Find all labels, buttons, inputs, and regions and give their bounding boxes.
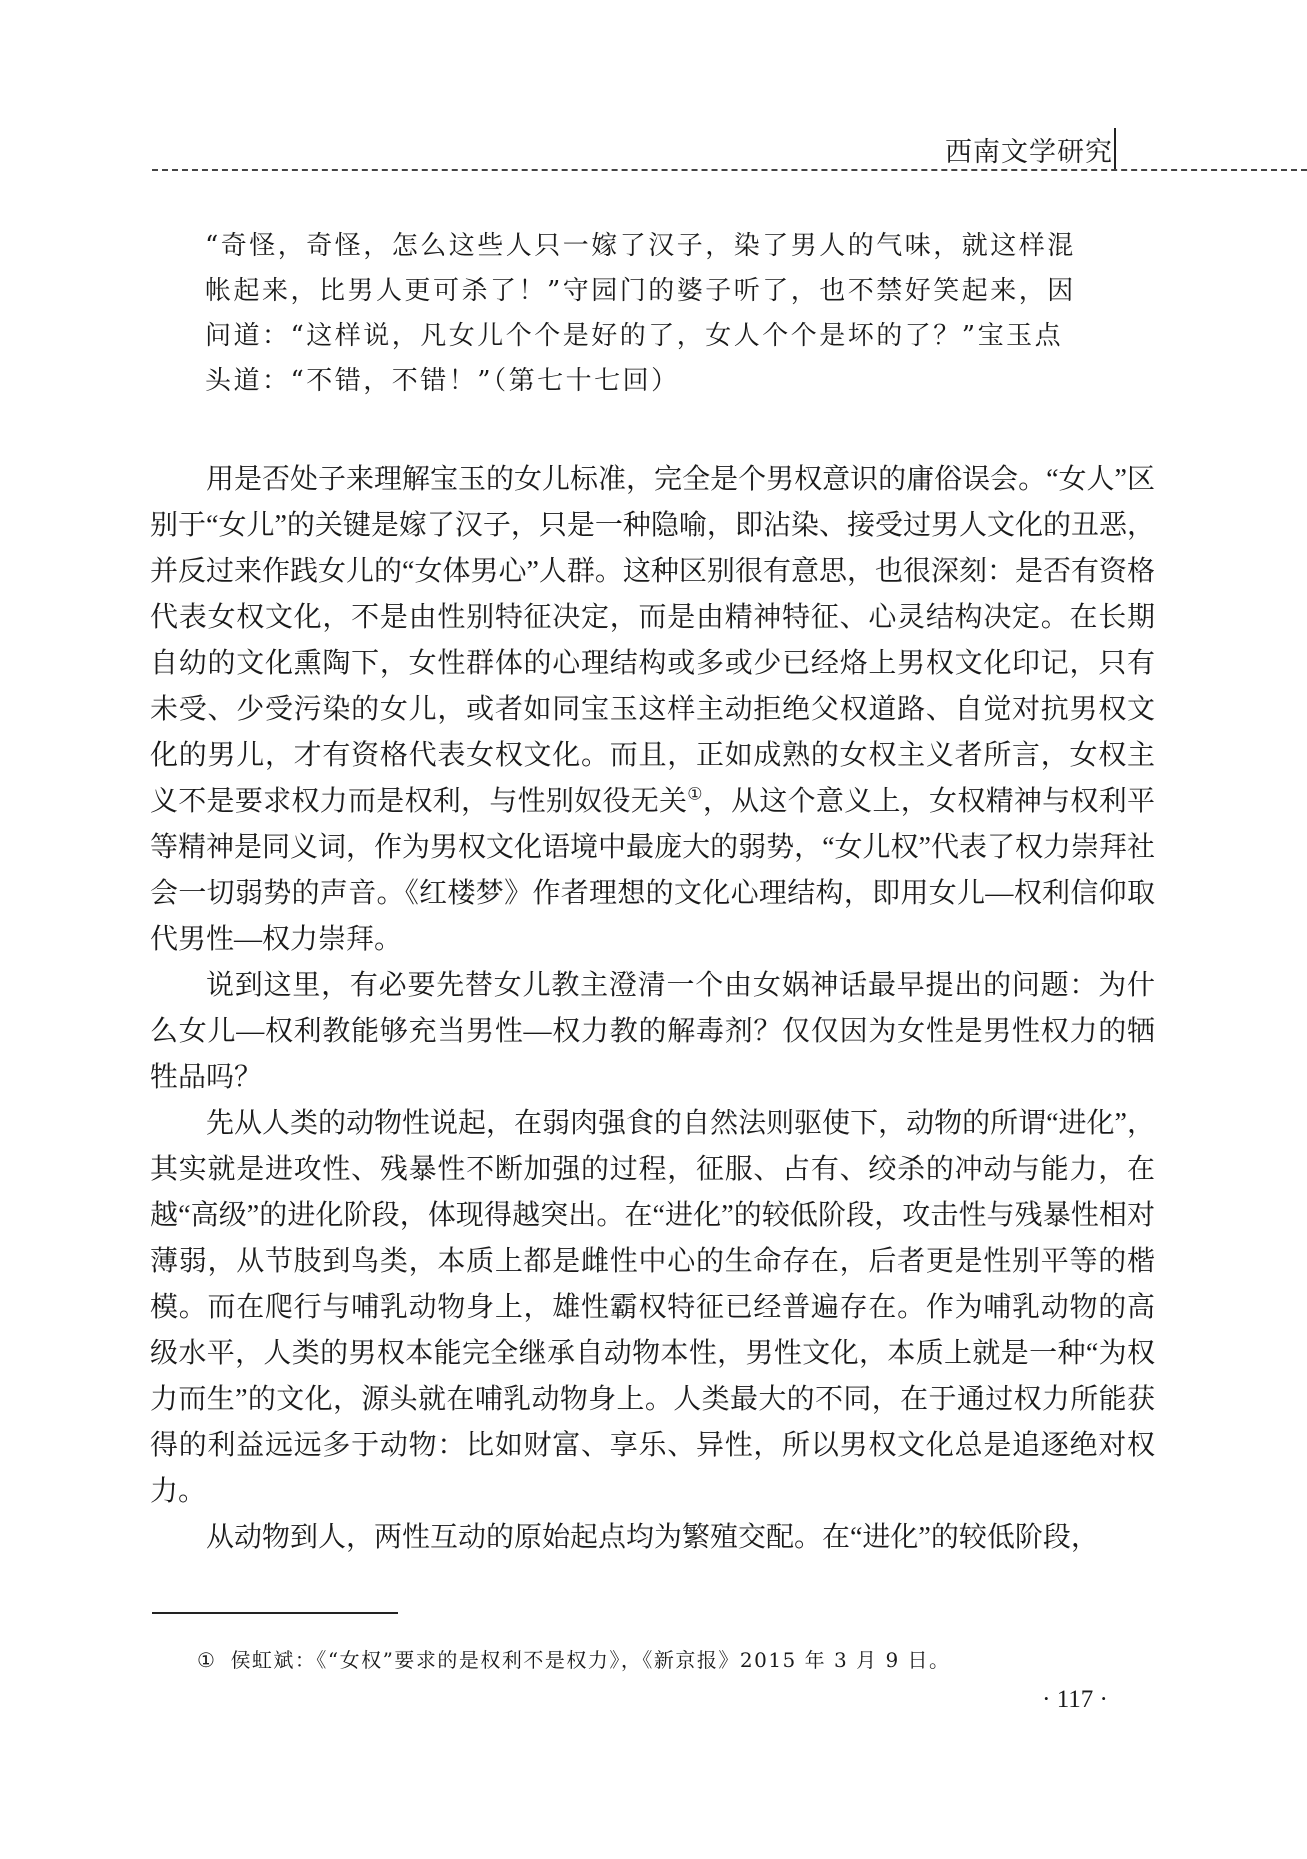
block-quote: “奇怪，奇怪，怎么这些人只一嫁了汉子，染了男人的气味，就这样混 帐起来，比男人更…: [205, 224, 1085, 404]
quote-line: 帐起来，比男人更可杀了！”守园门的婆子听了，也不禁好笑起来，因: [205, 269, 1085, 314]
paragraph: 用是否处子来理解宝玉的女儿标准，完全是个男权意识的庸俗误会。“女人”区别于“女儿…: [150, 457, 1155, 963]
body-text: 用是否处子来理解宝玉的女儿标准，完全是个男权意识的庸俗误会。“女人”区别于“女儿…: [150, 457, 1155, 1561]
journal-title: 西南文学研究: [0, 130, 1113, 169]
footnote: ①侯虹斌：《“女权”要求的是权利不是权力》，《新京报》2015 年 3 月 9 …: [197, 1644, 951, 1673]
quote-line: 问道：“这样说，凡女儿个个是好的了，女人个个是坏的了？”宝玉点: [205, 314, 1085, 359]
footnote-text: 侯虹斌：《“女权”要求的是权利不是权力》，《新京报》2015 年 3 月 9 日…: [230, 1648, 950, 1672]
quote-line: “奇怪，奇怪，怎么这些人只一嫁了汉子，染了男人的气味，就这样混: [205, 224, 1085, 269]
paragraph: 先从人类的动物性说起，在弱肉强食的自然法则驱使下，动物的所谓“进化”，其实就是进…: [150, 1101, 1155, 1515]
paragraph-text: 用是否处子来理解宝玉的女儿标准，完全是个男权意识的庸俗误会。“女人”区别于“女儿…: [150, 464, 1155, 817]
quote-line: 头道：“不错，不错！”（第七十七回）: [205, 359, 1085, 404]
footnote-separator: [152, 1612, 398, 1614]
paragraph: 从动物到人，两性互动的原始起点均为繁殖交配。在“进化”的较低阶段，: [150, 1515, 1155, 1561]
header-divider-vertical: [1114, 128, 1116, 170]
footnote-mark: ①: [197, 1648, 216, 1672]
footnote-reference[interactable]: ①: [687, 785, 703, 804]
page-number: · 117 ·: [1000, 1686, 1150, 1714]
header-dashed-rule: [152, 169, 1307, 171]
paragraph: 说到这里，有必要先替女儿教主澄清一个由女娲神话最早提出的问题：为什么女儿—权利教…: [150, 963, 1155, 1101]
